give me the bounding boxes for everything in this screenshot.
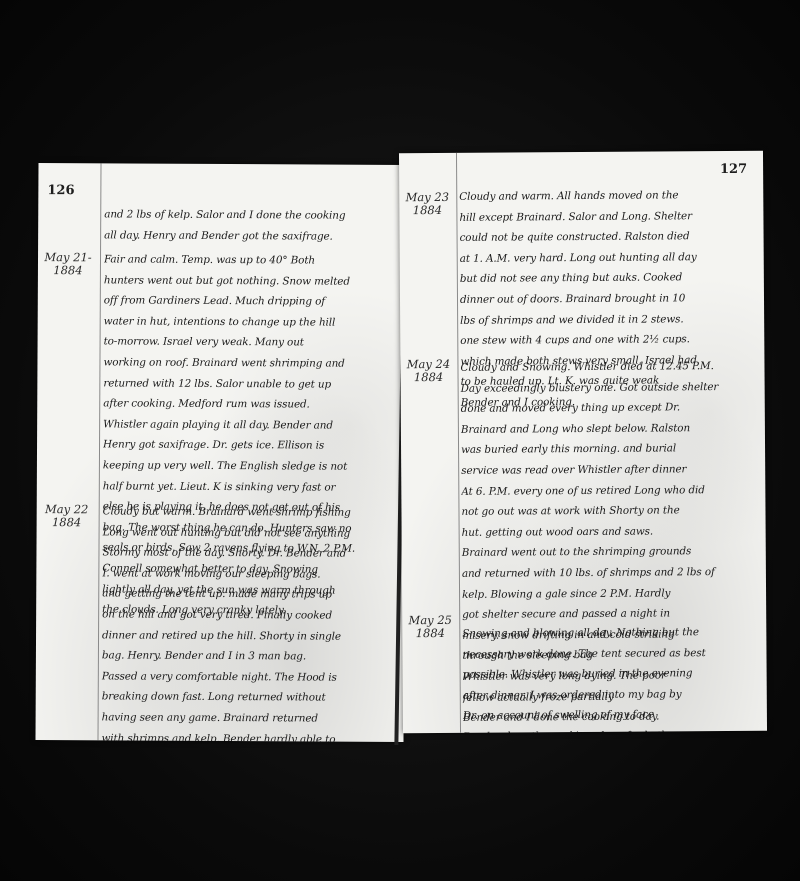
journal-entry-may-25: May 25 1884 Snowing and blowing all day.… — [402, 622, 766, 625]
text-line: Snowing and blowing all day. Nothing but… — [462, 622, 754, 645]
text-line: hill except Brainard. Salor and Long. Sh… — [459, 205, 751, 228]
page-number: 126 — [47, 183, 74, 198]
text-line: Passed a very comfortable night. The Hoo… — [102, 666, 392, 688]
text-line: with shrimps and kelp. Bender hardly abl… — [101, 728, 391, 742]
entry-text: Snowing and blowing all day. Nothing but… — [462, 622, 755, 733]
journal-entry-may-24: May 24 1884 Cloudy and Snowing. Whistler… — [400, 356, 764, 359]
page-number: 127 — [720, 162, 747, 177]
right-page: 127 May 23 1884 Cloudy and warm. All han… — [399, 151, 767, 734]
text-line: after cooking. Medford rum was issued. — [103, 394, 393, 416]
text-line: breaking down fast. Long returned withou… — [102, 687, 392, 709]
text-line: on the hill and got very tired. Finally … — [102, 604, 392, 626]
text-line: At 6. P.M. every one of us retired Long … — [461, 479, 753, 502]
journal-entry-may-23: May 23 1884 Cloudy and warm. All hands m… — [399, 185, 763, 188]
text-line: Dr. on account of swelling of my face — [463, 704, 755, 727]
entry-text: and 2 lbs of kelp. Salor and I done the … — [104, 204, 394, 247]
text-line: kelp. Blowing a gale since 2 P.M. Hardly — [462, 582, 754, 605]
text-line: and 2 lbs of kelp. Salor and I done the … — [104, 204, 394, 226]
text-line: at 1. A.M. very hard. Long out hunting a… — [460, 247, 752, 270]
text-line: I. went at work moving our sleeping bags… — [102, 563, 392, 585]
text-line: lbs of shrimps and we divided it in 2 st… — [460, 308, 752, 331]
text-line: bag. Henry. Bender and I in 3 man bag. — [102, 646, 392, 668]
text-line: but did not see any thing but auks. Cook… — [460, 267, 752, 290]
text-line: Henry got saxifrage. Dr. gets ice. Ellis… — [103, 435, 393, 457]
text-line: one stew with 4 cups and one with 2½ cup… — [460, 329, 752, 352]
text-line: water in hut, intentions to change up th… — [104, 311, 394, 333]
entry-date-year: 1884 — [403, 371, 455, 384]
text-line: half burnt yet. Lieut. K is sinking very… — [103, 476, 393, 498]
journal-entry-continuation: and 2 lbs of kelp. Salor and I done the … — [38, 204, 406, 206]
text-line: Cloudy and Snowing. Whistler died at 12.… — [460, 356, 752, 379]
text-line: Fair and calm. Temp. was up to 40° Both — [104, 249, 394, 271]
left-page: 126 and 2 lbs of kelp. Salor and I done … — [35, 163, 406, 742]
text-line: Long went out hunting but did not see an… — [103, 522, 393, 544]
text-line: not go out was at work with Shorty on th… — [461, 500, 753, 523]
text-line: service was read over Whistler after din… — [461, 459, 753, 482]
entry-text: Cloudy but warm. Brainard went shrimp fi… — [101, 501, 392, 742]
entry-date-year: 1884 — [42, 264, 94, 277]
text-line: Brainard went out to the shrimping groun… — [462, 541, 754, 564]
entry-date: May 25 1884 — [404, 614, 456, 640]
text-line: keeping up very well. The English sledge… — [103, 455, 393, 477]
text-line: working on roof. Brainard went shrimping… — [103, 352, 393, 374]
entry-date: May 22 1884 — [41, 503, 93, 529]
entry-date-year: 1884 — [404, 627, 456, 640]
text-line: to-morrow. Israel very weak. Many out — [104, 332, 394, 354]
journal-spread: 126 and 2 lbs of kelp. Salor and I done … — [0, 0, 800, 881]
text-line: all day. Henry and Bender got the saxifr… — [104, 225, 394, 247]
text-line: was buried early this morning. and buria… — [461, 438, 753, 461]
text-line: Cloudy but warm. Brainard went shrimp fi… — [103, 501, 393, 523]
journal-entry-may-21: May 21- 1884 Fair and calm. Temp. was up… — [38, 249, 406, 251]
text-line: dinner out of doors. Brainard brought in… — [460, 288, 752, 311]
text-line: hut. getting out wood oars and saws. — [462, 521, 754, 544]
entry-date-year: 1884 — [401, 204, 453, 217]
text-line: Stormy most of the day. Shorty. Dr. Bend… — [102, 543, 392, 565]
text-line: done and moved every thing up except Dr. — [461, 397, 753, 420]
text-line: returned with 12 lbs. Salor unable to ge… — [103, 373, 393, 395]
text-line: necessary work done. The tent secured as… — [462, 642, 754, 665]
entry-date: May 23 1884 — [401, 191, 453, 217]
text-line: Cloudy and warm. All hands moved on the — [459, 185, 751, 208]
entry-date-year: 1884 — [41, 516, 93, 529]
text-line: Brainard and Long who slept below. Ralst… — [461, 418, 753, 441]
text-line: could not be quite constructed. Ralston … — [460, 226, 752, 249]
text-line: hunters went out but got nothing. Snow m… — [104, 270, 394, 292]
text-line: dinner and retired up the hill. Shorty i… — [102, 625, 392, 647]
text-line: and returned with 10 lbs. of shrimps and… — [462, 562, 754, 585]
margin-rule — [97, 163, 101, 740]
text-line: Day exceedingly blustery one. Got outsid… — [461, 376, 753, 399]
text-line: having seen any game. Brainard returned — [102, 707, 392, 729]
text-line: and getting the tent up. made many trips… — [102, 584, 392, 606]
text-line: Bender does the cooking alone for both m… — [463, 725, 755, 733]
text-line: possible. Whistler was buried in the eve… — [463, 663, 755, 686]
text-line: Whistler again playing it all day. Bende… — [103, 414, 393, 436]
text-line: after dinner. I was ordered into my bag … — [463, 684, 755, 707]
entry-date: May 21- 1884 — [42, 251, 94, 277]
entry-date: May 24 1884 — [402, 358, 454, 384]
text-line: off from Gardiners Lead. Much dripping o… — [104, 291, 394, 313]
